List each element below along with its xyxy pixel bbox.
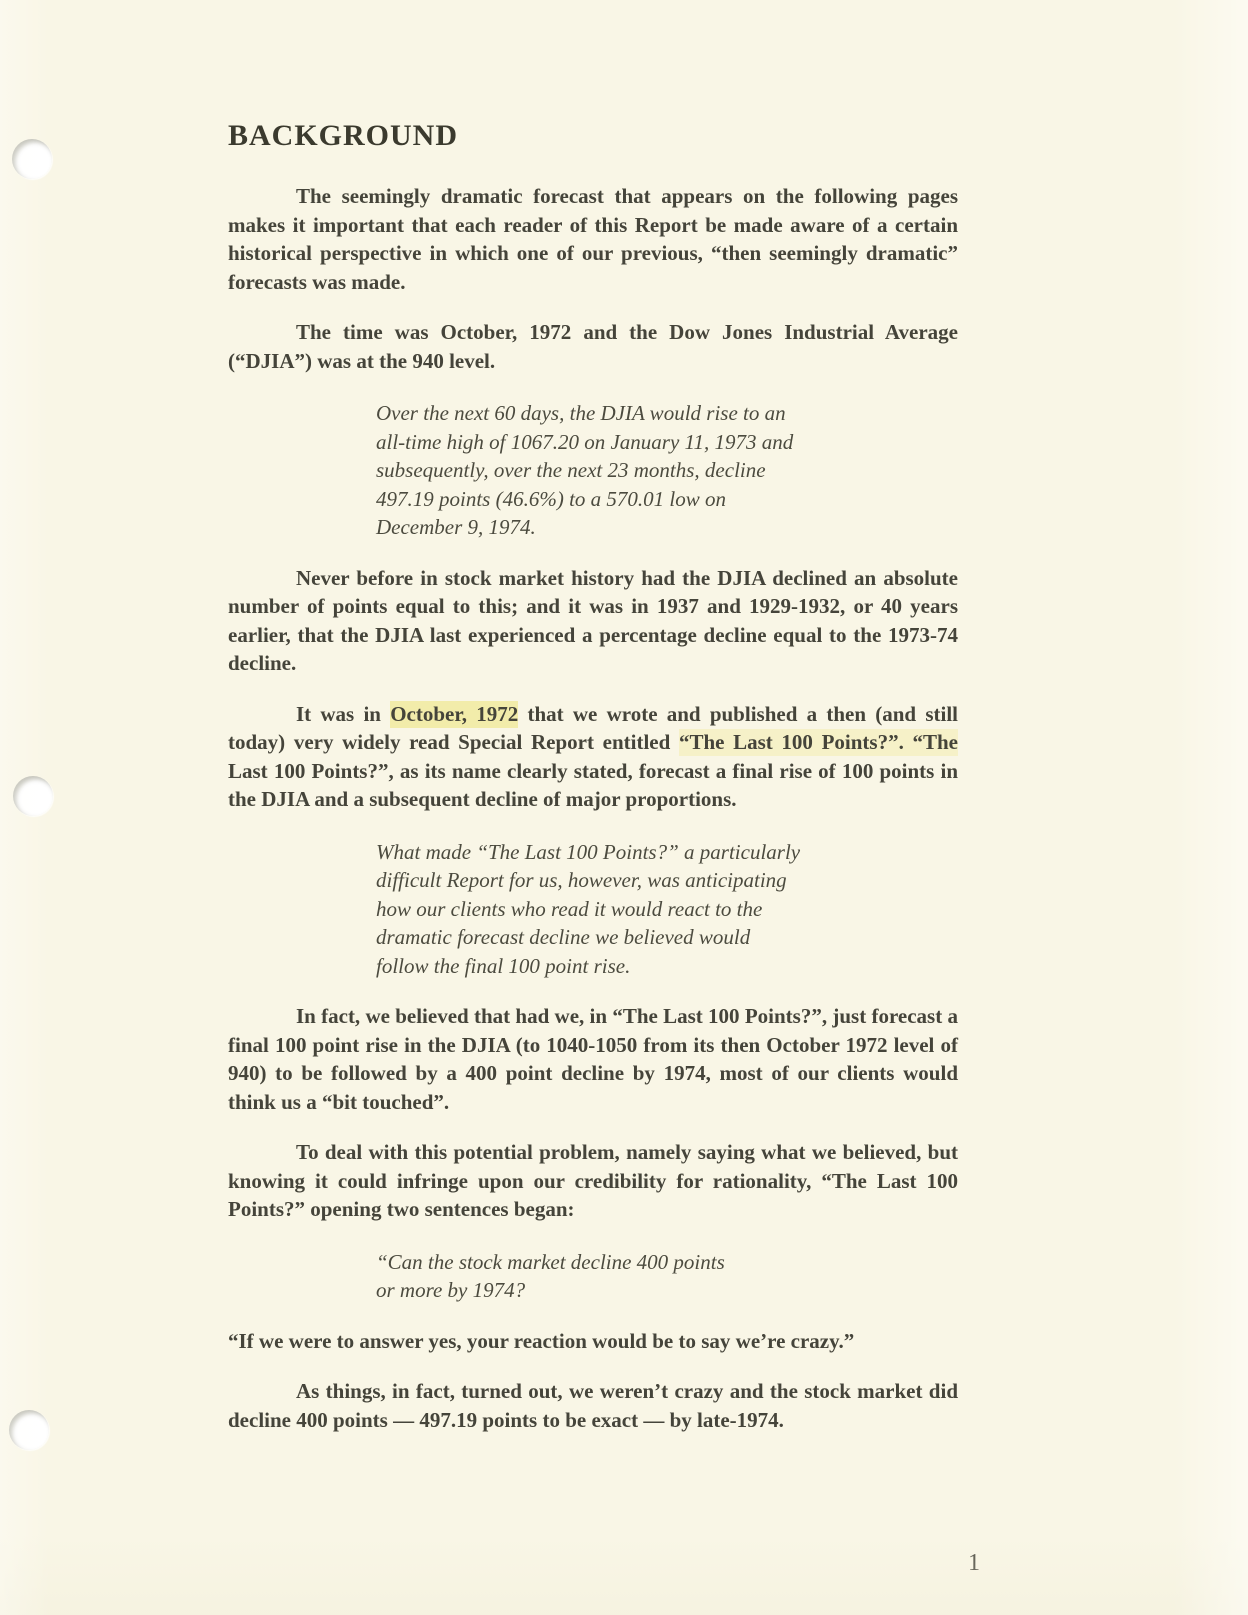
quote-line: dramatic forecast decline we believed wo… — [376, 923, 876, 952]
quote-line: all-time high of 1067.20 on January 11, … — [376, 428, 876, 457]
quote-line: subsequently, over the next 23 months, d… — [376, 456, 876, 485]
punch-hole-bottom — [9, 1410, 49, 1450]
block-quote-what-made: What made “The Last 100 Points?” a parti… — [376, 838, 876, 981]
text-run: It was in — [296, 702, 390, 726]
page-title: BACKGROUND — [228, 120, 958, 152]
page-number: 1 — [968, 1550, 980, 1577]
page-content: BACKGROUND The seemingly dramatic foreca… — [228, 120, 958, 1456]
paragraph-if-we-were: “If we were to answer yes, your reaction… — [228, 1327, 958, 1356]
quote-line: What made “The Last 100 Points?” a parti… — [376, 838, 876, 867]
block-quote-djia-rise: Over the next 60 days, the DJIA would ri… — [376, 399, 876, 542]
paragraph-never-before: Never before in stock market history had… — [228, 564, 958, 678]
quote-line: how our clients who read it would react … — [376, 895, 876, 924]
quote-line: follow the final 100 point rise. — [376, 952, 876, 981]
paragraph-as-things: As things, in fact, turned out, we weren… — [228, 1377, 958, 1434]
quote-line: December 9, 1974. — [376, 513, 876, 542]
highlighted-text-last-100-points: “The Last 100 Points?”. “The — [679, 729, 958, 756]
document-page: BACKGROUND The seemingly dramatic foreca… — [0, 0, 1248, 1615]
quote-line: Over the next 60 days, the DJIA would ri… — [376, 399, 876, 428]
paragraph-intro: The seemingly dramatic forecast that app… — [228, 182, 958, 296]
quote-line: “Can the stock market decline 400 points — [376, 1248, 876, 1277]
paragraph-special-report: It was in October, 1972 that we wrote an… — [228, 700, 958, 814]
punch-hole-top — [12, 139, 52, 179]
punch-hole-middle — [13, 776, 53, 816]
paragraph-in-fact: In fact, we believed that had we, in “Th… — [228, 1002, 958, 1116]
quote-line: or more by 1974? — [376, 1276, 876, 1305]
paragraph-time-was-october: The time was October, 1972 and the Dow J… — [228, 318, 958, 375]
quote-line: 497.19 points (46.6%) to a 570.01 low on — [376, 485, 876, 514]
block-quote-can-market-decline: “Can the stock market decline 400 points… — [376, 1248, 876, 1305]
quote-line: difficult Report for us, however, was an… — [376, 866, 876, 895]
highlighted-text-october-1972: October, 1972 — [390, 701, 518, 728]
paragraph-to-deal: To deal with this potential problem, nam… — [228, 1138, 958, 1224]
text-run: Last 100 Points?”, as its name clearly s… — [228, 759, 958, 812]
